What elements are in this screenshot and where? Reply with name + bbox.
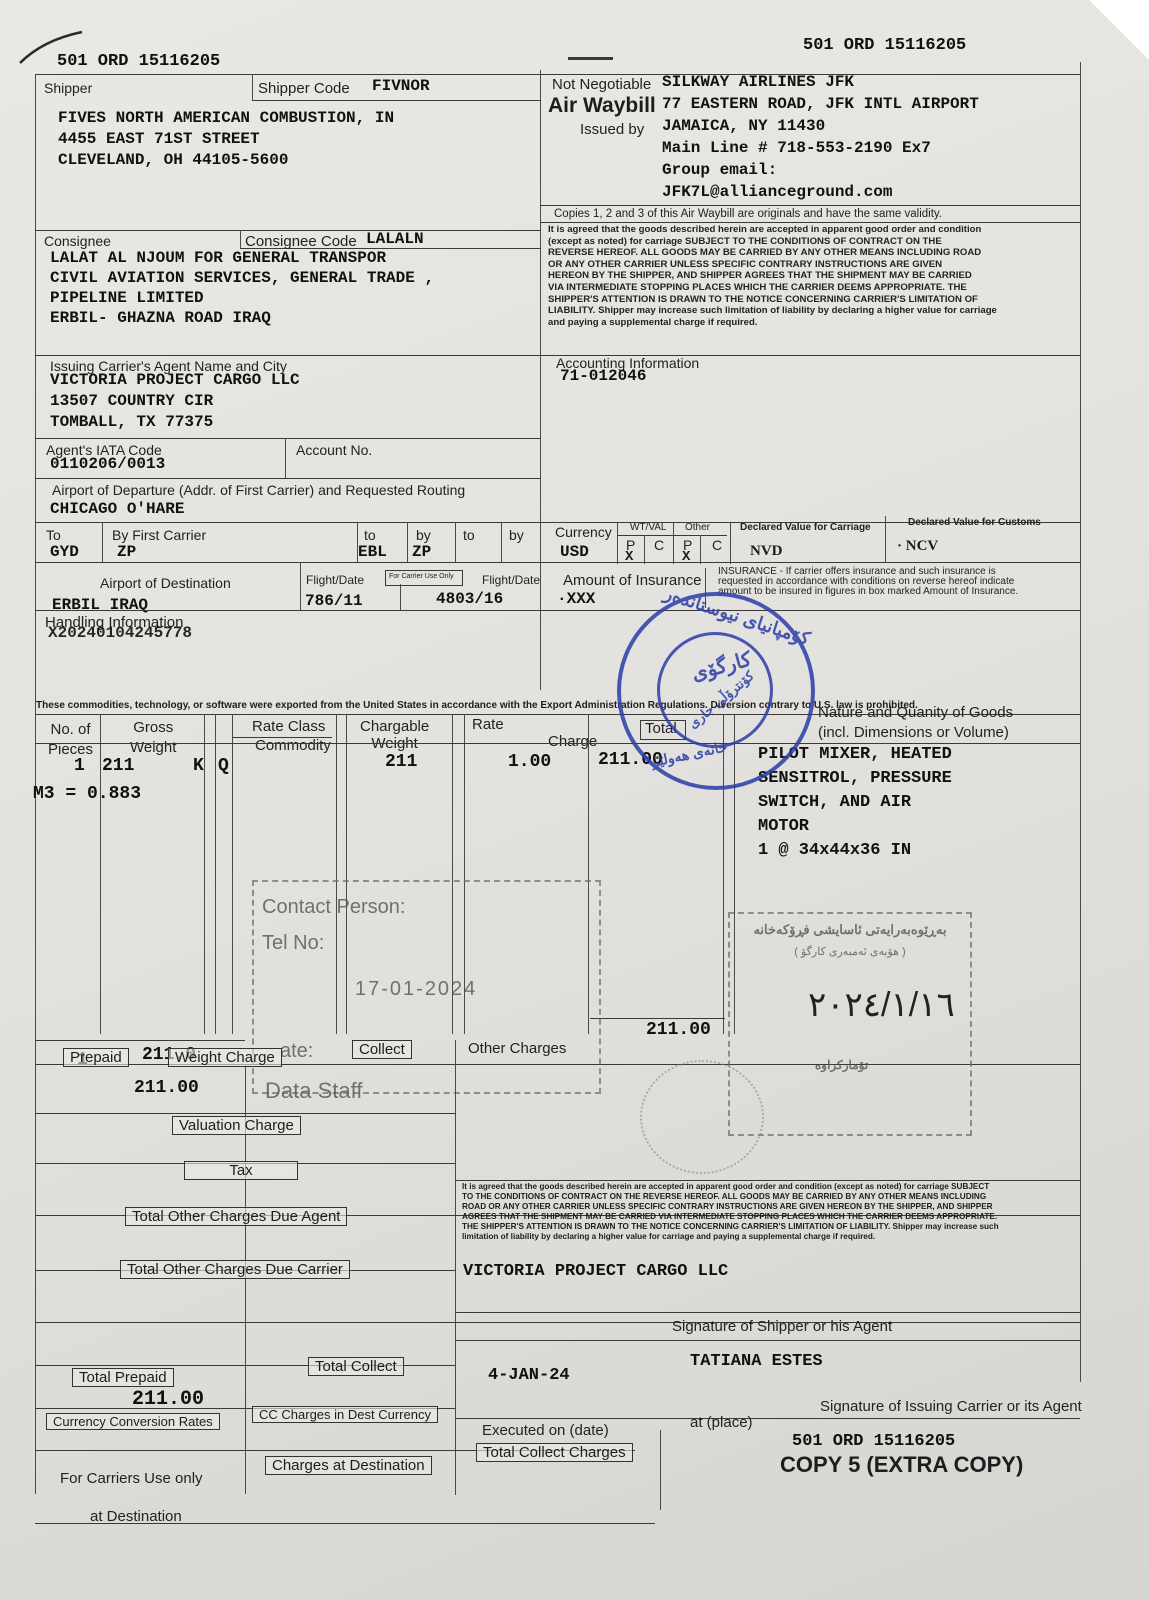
row-gross-weight: 211 bbox=[102, 756, 134, 776]
to-value: GYD bbox=[50, 543, 79, 561]
divider bbox=[673, 522, 674, 564]
by2-value: ZP bbox=[412, 543, 431, 561]
divider bbox=[455, 1180, 1080, 1181]
header-line: Nature and Quanity of Goods bbox=[818, 703, 1013, 723]
weight-charge-prepaid: 211.00 bbox=[134, 1078, 199, 1098]
header-line: No. of bbox=[48, 720, 93, 740]
faint-round-stamp bbox=[640, 1060, 764, 1174]
divider bbox=[407, 522, 408, 562]
by2-label: by bbox=[416, 527, 431, 543]
cc-charges-tag: CC Charges in Dest Currency bbox=[252, 1406, 438, 1423]
divider bbox=[455, 522, 456, 562]
dv-customs-value: · NCV bbox=[897, 538, 938, 555]
to2-value: EBL bbox=[358, 543, 387, 561]
col-divider bbox=[100, 714, 101, 1034]
footer-awb-number: 501 ORD 15116205 bbox=[792, 1432, 955, 1451]
insurance-note: INSURANCE - If carrier offers insurance … bbox=[718, 567, 1018, 597]
issuer-line: Main Line # 718-553-2190 Ex7 bbox=[662, 137, 979, 159]
stamp-bottom-text: خانەی هەولێر bbox=[650, 738, 729, 771]
issuer-line: JAMAICA, NY 11430 bbox=[662, 115, 979, 137]
divider bbox=[644, 535, 645, 564]
consignee-line: PIPELINE LIMITED bbox=[50, 288, 434, 308]
total-collect-tag: Total Collect bbox=[308, 1357, 404, 1376]
col-divider bbox=[204, 714, 205, 1034]
chargeable-weight-header: Chargable Weight bbox=[360, 718, 429, 752]
divider bbox=[455, 1340, 1080, 1341]
charges-divider bbox=[455, 1040, 456, 1495]
row-pieces: 1 bbox=[74, 756, 85, 776]
currency-value: USD bbox=[560, 543, 589, 561]
divider bbox=[300, 562, 301, 610]
carriers-use-label: For Carriers Use only bbox=[60, 1470, 203, 1487]
condition-line: VIA INTERMEDIATE STOPPING PLACES WHICH T… bbox=[548, 282, 997, 294]
goods-line: SWITCH, AND AIR bbox=[758, 791, 952, 815]
awb-number-top-left: 501 ORD 15116205 bbox=[57, 52, 220, 71]
agent-address: VICTORIA PROJECT CARGO LLC 13507 COUNTRY… bbox=[50, 370, 300, 433]
charge-header: Charge bbox=[548, 733, 597, 750]
condition-line: THE SHIPPER'S ATTENTION IS DRAWN TO THE … bbox=[462, 1222, 999, 1232]
col-divider bbox=[215, 714, 216, 1034]
customs-stamp-blue: کۆمپانیای نیوستاندەر کارگۆی کۆنترۆڵی جار… bbox=[617, 592, 815, 790]
tax-tag: Tax bbox=[184, 1161, 298, 1180]
condition-line: and paying a supplemental charge if requ… bbox=[548, 317, 997, 329]
divider bbox=[885, 516, 886, 562]
divider bbox=[35, 610, 1080, 611]
carrier-signature-label: Signature of Issuing Carrier or its Agen… bbox=[820, 1398, 1082, 1415]
consignee-label: Consignee bbox=[44, 233, 111, 249]
shipper-signature-label: Signature of Shipper or his Agent bbox=[672, 1318, 892, 1335]
condition-line: (except as noted) for carriage SUBJECT T… bbox=[548, 236, 997, 248]
issuer-address: SILKWAY AIRLINES JFK 77 EASTERN ROAD, JF… bbox=[662, 71, 979, 203]
shipper-line: 4455 EAST 71ST STREET bbox=[58, 129, 394, 150]
divider bbox=[540, 205, 1080, 206]
destination-value: ERBIL IRAQ bbox=[52, 596, 148, 614]
agent-line: VICTORIA PROJECT CARGO LLC bbox=[50, 370, 300, 391]
page-corner-fold bbox=[1089, 0, 1149, 60]
divider bbox=[400, 584, 401, 610]
agent-line: TOMBALL, TX 77375 bbox=[50, 412, 300, 433]
iata-code: 0110206/0013 bbox=[50, 455, 165, 473]
rate-header: Rate bbox=[472, 716, 504, 733]
total-amount: 211.00 bbox=[646, 1020, 711, 1040]
wtval-label: WT/VAL bbox=[630, 522, 666, 533]
shipper-address: FIVES NORTH AMERICAN COMBUSTION, IN 4455… bbox=[58, 108, 394, 171]
condition-line: REVERSE HEREOF. ALL GOODS MAY BE CARRIED… bbox=[548, 247, 997, 259]
total-collect-charges-tag: Total Collect Charges bbox=[476, 1443, 633, 1462]
divider bbox=[35, 1113, 455, 1114]
collect-tag: Collect bbox=[352, 1040, 412, 1059]
divider bbox=[35, 562, 1080, 563]
copies-note: Copies 1, 2 and 3 of this Air Waybill ar… bbox=[554, 208, 942, 220]
due-carrier-tag: Total Other Charges Due Carrier bbox=[120, 1260, 350, 1279]
pieces-header: No. of Pieces bbox=[48, 720, 93, 760]
condition-line: SHIPPER'S ATTENTION IS DRAWN TO THE NOTI… bbox=[548, 294, 997, 306]
divider bbox=[35, 1322, 1080, 1323]
header-line: (incl. Dimensions or Volume) bbox=[818, 723, 1013, 743]
frame-bottom bbox=[35, 1523, 655, 1524]
data-staff-label: Data Staff bbox=[265, 1078, 362, 1104]
row-chargeable-weight: 211 bbox=[385, 752, 417, 772]
to-label: To bbox=[46, 527, 61, 543]
consignee-line: ERBIL- GHAZNA ROAD IRAQ bbox=[50, 308, 434, 328]
condition-line: TO THE CONDITIONS OF CONTRACT ON THE REV… bbox=[462, 1192, 999, 1202]
divider bbox=[102, 522, 103, 562]
divider bbox=[240, 230, 241, 248]
divider bbox=[540, 222, 1080, 223]
carrier-use-label: For Carrier Use Only bbox=[389, 573, 454, 580]
issuer-line: SILKWAY AIRLINES JFK bbox=[662, 71, 979, 93]
divider bbox=[617, 535, 727, 536]
header-line: Weight bbox=[130, 738, 176, 758]
handling-value: X20240104245778 bbox=[48, 624, 192, 642]
frame-middle bbox=[540, 70, 541, 690]
destination-label: Airport of Destination bbox=[100, 575, 231, 591]
divider bbox=[455, 1312, 1080, 1313]
tel-label: Tel No: bbox=[262, 932, 324, 955]
divider bbox=[35, 438, 540, 439]
by3-label: by bbox=[509, 527, 524, 543]
condition-line: OR ANY OTHER CARRIER UNLESS SPECIFIC CON… bbox=[548, 259, 997, 271]
row-rate-class: Q bbox=[218, 756, 229, 776]
divider bbox=[660, 1430, 661, 1510]
consignee-address: LALAT AL NJOUM FOR GENERAL TRANSPOR CIVI… bbox=[50, 248, 434, 328]
total-prepaid-tag: Total Prepaid bbox=[72, 1368, 174, 1387]
issued-by-label: Issued by bbox=[580, 121, 644, 138]
condition-line: It is agreed that the goods described he… bbox=[548, 224, 997, 236]
commodity-header: Commodity bbox=[255, 737, 331, 754]
goods-line: 1 @ 34x44x36 IN bbox=[758, 839, 952, 863]
weight-charge-tag: Weight Charge bbox=[168, 1048, 282, 1067]
issuer-email: JFK7L@allianceground.com bbox=[662, 181, 979, 203]
kurdish-stamp-date: ٢٠٢٤/١/١٦ bbox=[808, 985, 955, 1025]
shipper-code: FIVNOR bbox=[372, 77, 430, 95]
other-label: Other bbox=[685, 522, 710, 533]
accounting-value: 71-012046 bbox=[560, 367, 646, 385]
issuer-line: 77 EASTERN ROAD, JFK INTL AIRPORT bbox=[662, 93, 979, 115]
divider bbox=[35, 1040, 245, 1041]
header-line: Chargable bbox=[360, 718, 429, 735]
dv-carriage-value: NVD bbox=[750, 543, 783, 560]
insurance-note-line: amount to be insured in figures in box m… bbox=[718, 587, 1018, 597]
to3-label: to bbox=[463, 527, 475, 543]
account-no-label: Account No. bbox=[296, 442, 372, 458]
other-c: C bbox=[712, 537, 722, 553]
rate-class-header: Rate Class bbox=[252, 718, 325, 735]
divider bbox=[455, 1418, 1080, 1419]
dv-carriage-label: Declared Value for Carriage bbox=[740, 522, 871, 533]
header-line: Gross bbox=[130, 718, 176, 738]
by-first-carrier: ZP bbox=[117, 543, 136, 561]
shipper-line: FIVES NORTH AMERICAN COMBUSTION, IN bbox=[58, 108, 394, 129]
condition-line: HEREON BY THE SHIPPER, AND SHIPPER AGREE… bbox=[548, 270, 997, 282]
goods-line: SENSITROL, PRESSURE bbox=[758, 767, 952, 791]
divider bbox=[730, 522, 731, 564]
gross-weight-header: Gross Weight bbox=[130, 718, 176, 758]
divider bbox=[590, 1018, 725, 1019]
kurdish-stamp-footer: تۆمارکراوە bbox=[815, 1058, 868, 1072]
condition-line: limitation of liability by declaring a h… bbox=[462, 1232, 999, 1242]
condition-line: It is agreed that the goods described he… bbox=[462, 1182, 999, 1192]
divider bbox=[252, 100, 540, 101]
agent-line: 13507 COUNTRY CIR bbox=[50, 391, 300, 412]
conditions-bottom: It is agreed that the goods described he… bbox=[462, 1182, 999, 1242]
prepaid-tag: Prepaid bbox=[63, 1048, 129, 1067]
not-negotiable-label: Not Negotiable bbox=[552, 76, 651, 93]
other-charges-label: Other Charges bbox=[468, 1040, 566, 1057]
stamp-inner-ring bbox=[657, 632, 773, 748]
stamp-date-label: ate: bbox=[280, 1040, 313, 1063]
insurance-value: ·XXX bbox=[557, 590, 595, 608]
charges-at-destination-tag: Charges at Destination bbox=[265, 1456, 432, 1475]
row-rate: 1.00 bbox=[508, 752, 551, 772]
divider bbox=[252, 74, 253, 100]
condition-line: AGREES THAT THE SHIPMENT MAY BE CARRIED … bbox=[462, 1212, 999, 1222]
mark bbox=[568, 57, 613, 60]
goods-line: MOTOR bbox=[758, 815, 952, 839]
shipper-agent-signature: VICTORIA PROJECT CARGO LLC bbox=[463, 1262, 728, 1281]
consignee-line: CIVIL AVIATION SERVICES, GENERAL TRADE , bbox=[50, 268, 434, 288]
contact-person-label: Contact Person: bbox=[262, 896, 405, 919]
currency-label: Currency bbox=[555, 524, 612, 540]
executed-on-label: Executed on (date) bbox=[482, 1422, 609, 1439]
executed-date: 4-JAN-24 bbox=[488, 1366, 570, 1385]
flight1-label: Flight/Date bbox=[306, 573, 364, 587]
stamp-date: 17-01-2024 bbox=[355, 978, 477, 1001]
consignee-line: LALAT AL NJOUM FOR GENERAL TRANSPOR bbox=[50, 248, 434, 268]
divider bbox=[285, 438, 286, 478]
row-kg-lb: K bbox=[193, 756, 204, 776]
departure-airport: CHICAGO O'HARE bbox=[50, 500, 184, 518]
dv-customs-label: Declared Value for Customs bbox=[908, 517, 1041, 528]
at-place-label: at (place) bbox=[690, 1414, 753, 1431]
flight1-value: 786/11 bbox=[305, 592, 363, 610]
to2-label: to bbox=[364, 527, 376, 543]
row-volume: M3 = 0.883 bbox=[33, 784, 141, 804]
divider bbox=[35, 230, 540, 231]
due-agent-tag: Total Other Charges Due Agent bbox=[125, 1207, 347, 1226]
shipper-line: CLEVELAND, OH 44105-5600 bbox=[58, 150, 394, 171]
divider bbox=[35, 478, 540, 479]
kurdish-stamp-line1: بەڕێوەبەرایەتی ئاسایشی فڕۆکەخانە bbox=[745, 922, 955, 938]
flight2-value: 4803/16 bbox=[436, 590, 503, 608]
carrier-signature-name: TATIANA ESTES bbox=[690, 1352, 823, 1371]
frame-right bbox=[1080, 62, 1081, 1382]
kurdish-stamp-line2: ( هۆبەی ئەمبەری کارگۆ ) bbox=[745, 945, 955, 958]
goods-description: PILOT MIXER, HEATED SENSITROL, PRESSURE … bbox=[758, 743, 952, 863]
consignee-code: LALALN bbox=[366, 230, 424, 248]
air-waybill-title: Air Waybill bbox=[548, 94, 656, 118]
shipper-label: Shipper bbox=[44, 80, 92, 96]
valuation-charge-tag: Valuation Charge bbox=[172, 1116, 301, 1135]
by-first-carrier-label: By First Carrier bbox=[112, 527, 206, 543]
divider bbox=[501, 522, 502, 562]
condition-line: LIABILITY. Shipper may increase such lim… bbox=[548, 305, 997, 317]
shipper-code-label: Shipper Code bbox=[258, 80, 350, 97]
divider bbox=[700, 535, 701, 564]
conditions-top: It is agreed that the goods described he… bbox=[548, 224, 997, 328]
conversion-rates-tag: Currency Conversion Rates bbox=[46, 1413, 220, 1430]
divider bbox=[617, 522, 618, 564]
issuer-line: Group email: bbox=[662, 159, 979, 181]
col-divider bbox=[232, 714, 233, 1034]
awb-number-top-right: 501 ORD 15116205 bbox=[803, 36, 966, 55]
departure-label: Airport of Departure (Addr. of First Car… bbox=[52, 482, 465, 498]
wtval-c: C bbox=[654, 537, 664, 553]
copy-label: COPY 5 (EXTRA COPY) bbox=[780, 1452, 1023, 1478]
flight2-label: Flight/Date bbox=[482, 573, 540, 587]
nature-header: Nature and Quanity of Goods (incl. Dimen… bbox=[818, 703, 1013, 743]
condition-line: ROAD OR ANY OTHER CARRIER UNLESS SPECIFI… bbox=[462, 1202, 999, 1212]
